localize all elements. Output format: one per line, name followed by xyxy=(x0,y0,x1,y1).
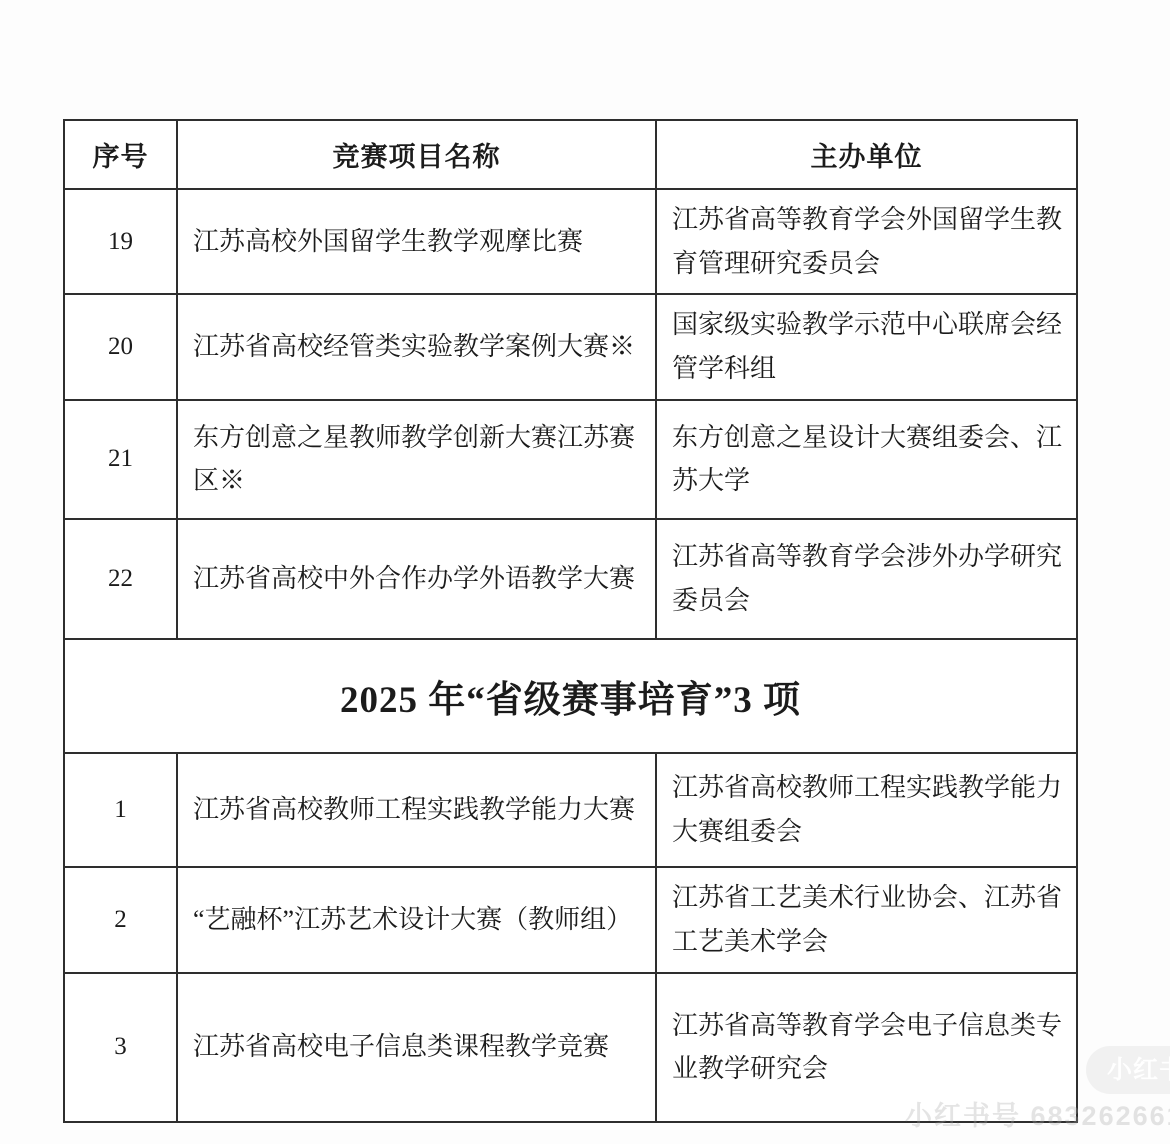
row-number: 20 xyxy=(64,294,177,399)
table-header-row: 序号 竞赛项目名称 主办单位 xyxy=(64,120,1077,189)
competition-name: 江苏省高校经管类实验教学案例大赛※ xyxy=(177,294,656,399)
organizer: 东方创意之星设计大赛组委会、江苏大学 xyxy=(656,400,1077,519)
competition-table: 序号 竞赛项目名称 主办单位 19 江苏高校外国留学生教学观摩比赛 江苏省高等教… xyxy=(63,119,1078,1123)
competition-name: 江苏省高校中外合作办学外语教学大赛 xyxy=(177,519,656,639)
xiaohongshu-logo-watermark: 小红书 xyxy=(1086,1046,1170,1094)
row-number: 21 xyxy=(64,400,177,519)
xiaohongshu-id-watermark: 小红书号 683262661 xyxy=(905,1094,1170,1133)
table-row: 2 “艺融杯”江苏艺术设计大赛（教师组） 江苏省工艺美术行业协会、江苏省工艺美术… xyxy=(64,867,1077,973)
table-row: 21 东方创意之星教师教学创新大赛江苏赛区※ 东方创意之星设计大赛组委会、江苏大… xyxy=(64,400,1077,519)
column-header-organizer: 主办单位 xyxy=(656,120,1077,189)
row-number: 19 xyxy=(64,189,177,294)
competition-name: 东方创意之星教师教学创新大赛江苏赛区※ xyxy=(177,400,656,519)
table-row: 22 江苏省高校中外合作办学外语教学大赛 江苏省高等教育学会涉外办学研究委员会 xyxy=(64,519,1077,639)
organizer: 江苏省工艺美术行业协会、江苏省工艺美术学会 xyxy=(656,867,1077,973)
row-number: 1 xyxy=(64,753,177,867)
organizer: 江苏省高等教育学会涉外办学研究委员会 xyxy=(656,519,1077,639)
row-number: 22 xyxy=(64,519,177,639)
organizer: 国家级实验教学示范中心联席会经管学科组 xyxy=(656,294,1077,399)
organizer: 江苏省高校教师工程实践教学能力大赛组委会 xyxy=(656,753,1077,867)
column-header-name: 竞赛项目名称 xyxy=(177,120,656,189)
table-row: 19 江苏高校外国留学生教学观摩比赛 江苏省高等教育学会外国留学生教育管理研究委… xyxy=(64,189,1077,294)
table-row: 1 江苏省高校教师工程实践教学能力大赛 江苏省高校教师工程实践教学能力大赛组委会 xyxy=(64,753,1077,867)
row-number: 3 xyxy=(64,973,177,1122)
competition-name: 江苏省高校电子信息类课程教学竞赛 xyxy=(177,973,656,1122)
document-page: 序号 竞赛项目名称 主办单位 19 江苏高校外国留学生教学观摩比赛 江苏省高等教… xyxy=(0,0,1170,1144)
column-header-no: 序号 xyxy=(64,120,177,189)
competition-name: 江苏省高校教师工程实践教学能力大赛 xyxy=(177,753,656,867)
competition-name: “艺融杯”江苏艺术设计大赛（教师组） xyxy=(177,867,656,973)
section-header-row: 2025 年“省级赛事培育”3 项 xyxy=(64,639,1077,753)
section-header: 2025 年“省级赛事培育”3 项 xyxy=(64,639,1077,753)
table-row: 20 江苏省高校经管类实验教学案例大赛※ 国家级实验教学示范中心联席会经管学科组 xyxy=(64,294,1077,399)
organizer: 江苏省高等教育学会外国留学生教育管理研究委员会 xyxy=(656,189,1077,294)
competition-name: 江苏高校外国留学生教学观摩比赛 xyxy=(177,189,656,294)
row-number: 2 xyxy=(64,867,177,973)
